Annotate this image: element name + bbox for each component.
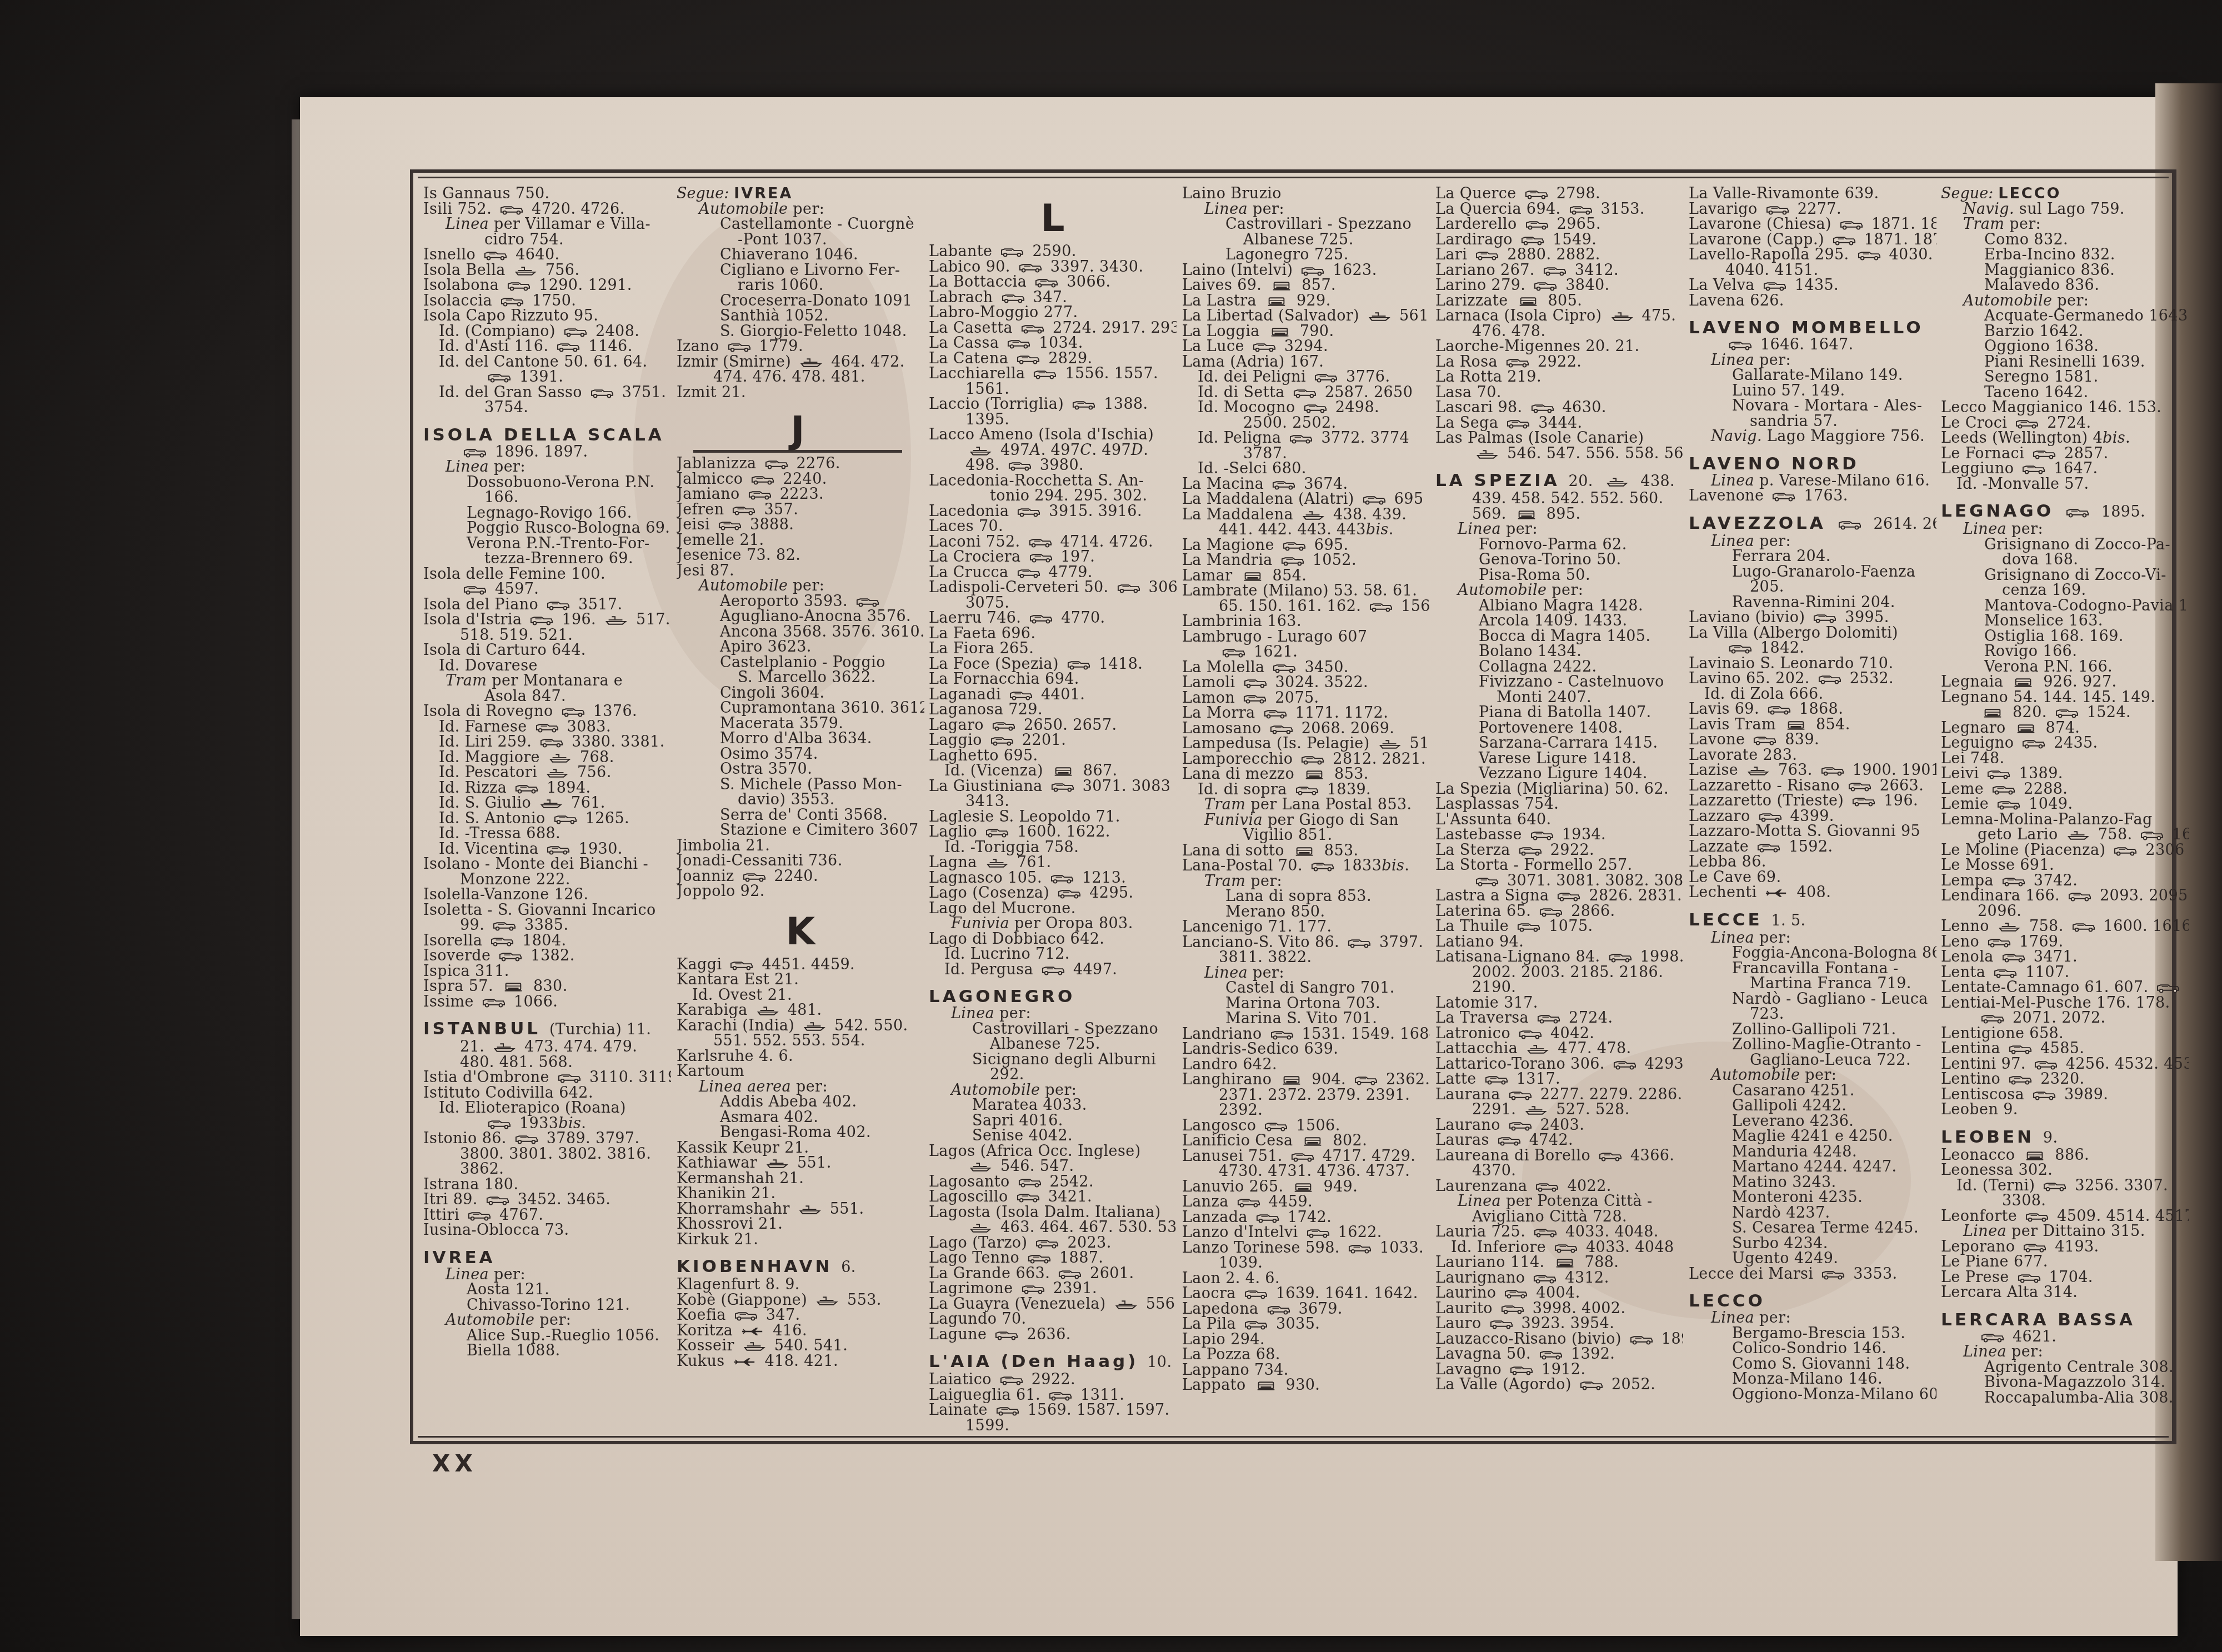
index-entry: Lana di sotto 853.: [1182, 843, 1430, 859]
bus-icon: [992, 719, 1015, 729]
bus-icon: [1813, 611, 1836, 621]
index-entry: Lentini 97. 4256. 4532. 4534.: [1941, 1057, 2189, 1072]
heading-suffix: 2614. 2626: [1873, 515, 1936, 533]
destination-line: Piana di Batolla 1407.: [1435, 705, 1683, 720]
tram-icon: [1292, 1180, 1315, 1190]
index-entry: Lamar 854.: [1182, 568, 1430, 584]
destination-line: Bengasi-Roma 402.: [677, 1125, 924, 1140]
destination-line: Mantova-Codogno-Pavia 168.: [1941, 598, 2189, 614]
tram-icon: [1265, 294, 1288, 304]
bus-icon: [2068, 889, 2091, 899]
destination-line: Apiro 3623.: [677, 639, 924, 655]
index-entry: Lavorate 283.: [1689, 748, 1936, 763]
tram-icon: [502, 980, 525, 990]
continuation-line: 498. 3980.: [929, 458, 1177, 473]
bus-icon: [1314, 371, 1338, 381]
index-entry: Lacchiarella 1556. 1557.: [929, 366, 1177, 382]
index-entry: Isoletta - S. Giovanni Incarico: [423, 903, 671, 918]
index-subentry: Id. Pergusa 4497.: [929, 962, 1177, 978]
bus-icon: [748, 488, 772, 498]
ship-icon: [756, 1004, 779, 1014]
bus-icon: [1029, 550, 1053, 560]
bus-icon: [1050, 872, 1074, 882]
index-entry: Lavarone (Capp.) 1871. 1877.: [1689, 232, 1936, 248]
index-entry: Laconi 752. 4714. 4726.: [929, 534, 1177, 550]
continuation-line: 4621.: [1941, 1329, 2189, 1345]
destination-line: Monza-Milano 146.: [1689, 1371, 1936, 1387]
tram-icon: [1293, 844, 1316, 854]
bus-icon: [1630, 1333, 1653, 1343]
index-entry: Laives 69. 857.: [1182, 278, 1430, 293]
continuation-line: Asola 847.: [423, 689, 671, 704]
bus-icon: [482, 995, 506, 1005]
destination-line: Cupramontana 3610. 3612: [677, 700, 924, 716]
index-entry: La Thuile 1075.: [1435, 919, 1683, 934]
index-entry: Lagnasco 105. 1213.: [929, 870, 1177, 886]
italic-label: Linea: [1963, 520, 2006, 538]
index-subentry: Id. (Terni) 3256. 3307.: [1941, 1178, 2189, 1194]
index-entry: Kosseir 540. 541.: [677, 1338, 924, 1354]
transport-lead: Linea per:: [1941, 522, 2189, 537]
plane-icon: [1765, 886, 1788, 896]
index-entry: Lancenigo 71. 177.: [1182, 919, 1430, 935]
destination-line: Seregno 1581.: [1941, 369, 2189, 385]
transport-lead: Linea per:: [1182, 202, 1430, 217]
index-entry: Laon 2. 4. 6.: [1182, 1271, 1430, 1286]
tram-icon: [1052, 764, 1075, 774]
bus-icon: [1504, 1286, 1528, 1296]
destination-line: Castellamonte - Cuorgnè: [677, 217, 924, 232]
bus-icon: [1293, 386, 1317, 396]
bus-icon: [1519, 1027, 1542, 1037]
bus-icon: [1539, 1348, 1563, 1358]
index-entry: Isolano - Monte dei Bianchi -: [423, 857, 671, 872]
italic-label: Tram: [446, 672, 487, 689]
index-entry: Kathiawar 551.: [677, 1155, 924, 1171]
italic-label: Linea: [1711, 472, 1754, 489]
destination-line: S. Giorgio-Feletto 1048.: [677, 324, 924, 339]
transport-lead: Linea per:: [1689, 1310, 1936, 1326]
bus-icon: [1295, 783, 1319, 793]
bus-icon: [1311, 859, 1334, 869]
index-entry: La Spezia (Migliarina) 50. 62.: [1435, 782, 1683, 797]
tram-icon: [2023, 1149, 2046, 1159]
index-entry: La Traversa 2724.: [1435, 1010, 1683, 1026]
destination-line: Morro d'Alba 3634.: [677, 731, 924, 747]
transport-lead: Linea per:: [1182, 965, 1430, 981]
italic-label: Linea: [446, 216, 489, 233]
index-entry: Jonadi-Cessaniti 736.: [677, 853, 924, 869]
continuation-line: 1842.: [1689, 640, 1936, 656]
bus-icon: [590, 386, 614, 396]
tram-icon: [1268, 325, 1292, 335]
index-entry: Lazise 763. 1900. 1901.: [1689, 763, 1936, 778]
bus-icon: [2009, 1042, 2032, 1052]
bus-icon: [1506, 356, 1529, 366]
continuation-line: 1646. 1647.: [1689, 337, 1936, 353]
index-entry: Ladispoli-Cerveteri 50. 3066: [929, 580, 1177, 595]
destination-line: Foggia-Ancona-Bologna 86.: [1689, 945, 1936, 961]
continuation-line: 2096.: [1941, 904, 2189, 919]
section-letter: K: [677, 910, 924, 954]
ship-icon: [803, 1019, 826, 1029]
index-entry: Laglesie S. Leopoldo 71.: [929, 809, 1177, 825]
index-entry: Laurano 2403.: [1435, 1118, 1683, 1133]
index-entry: Leggiuno 1647.: [1941, 461, 2189, 477]
destination-line: Aosta 121.: [423, 1282, 671, 1298]
bus-icon: [1753, 733, 1776, 743]
italic-label: Navig.: [1963, 201, 2014, 218]
index-entry: Laurito 3998. 4002.: [1435, 1301, 1683, 1316]
index-entry: Lanuvio 265. 949.: [1182, 1179, 1430, 1195]
index-entry: Lagos (Africa Occ. Inglese): [929, 1144, 1177, 1159]
index-entry: Langhirano 904. 2362.: [1182, 1072, 1430, 1088]
index-entry: Lavino 65. 202. 2532.: [1689, 671, 1936, 687]
ship-icon: [969, 1160, 992, 1170]
ship-icon: [1526, 1042, 1549, 1052]
transport-lead: Linea p. Varese-Milano 616.: [1689, 473, 1936, 489]
index-entry: Lavello-Rapolla 295. 4030.: [1689, 247, 1936, 263]
index-entry: La Fiora 265.: [929, 641, 1177, 657]
destination-line: Matino 3243.: [1689, 1175, 1936, 1190]
index-entry: Lasa 70.: [1435, 385, 1683, 401]
index-subentry: Id. Farnese 3083.: [423, 719, 671, 735]
index-entry: Lanzo d'Intelvi 1622.: [1182, 1225, 1430, 1240]
index-subentry: Id. del Gran Sasso 3751.: [423, 385, 671, 401]
bus-icon: [564, 325, 587, 335]
bus-icon: [1525, 218, 1549, 228]
index-entry: La Fornacchia 694.: [929, 672, 1177, 687]
bus-icon: [484, 248, 507, 258]
destination-line: Albiano Magra 1428.: [1435, 598, 1683, 614]
index-entry: Lazzate 1592.: [1689, 839, 1936, 855]
index-entry: Jefren 357.: [677, 502, 924, 518]
italic-label: Linea: [446, 458, 489, 475]
continuation-line: 441. 442. 443. 443bis.: [1182, 522, 1430, 538]
destination-line: Castel di Sangro 701.: [1182, 980, 1430, 996]
index-entry: Larizzate 805.: [1435, 293, 1683, 309]
tram-icon: [1301, 1134, 1324, 1144]
tram-icon: [1553, 1256, 1577, 1266]
italic-label: Automobile: [1963, 292, 2052, 309]
destination-line: Alice Sup.-Rueglio 1056.: [423, 1328, 671, 1344]
destination-line: S. Cesarea Terme 4245.: [1689, 1220, 1936, 1236]
destination-line: Lugo-Granarolo-Faenza: [1689, 564, 1936, 580]
index-entry: La Villa (Albergo Dolomiti): [1689, 625, 1936, 641]
italic-label: Navig.: [1711, 428, 1762, 445]
index-entry: Isola di Rovegno 1376.: [423, 704, 671, 719]
bus-icon: [540, 735, 563, 745]
bus-icon: [486, 1193, 509, 1203]
bus-icon: [1058, 887, 1081, 897]
bus-icon: [1253, 340, 1276, 350]
destination-line: Martano 4244. 4247.: [1689, 1159, 1936, 1175]
bus-icon: [1017, 352, 1040, 362]
index-subentry: Id. di sopra 1839.: [1182, 782, 1430, 798]
index-entry: Lavagna 50. 1392.: [1435, 1346, 1683, 1362]
bus-icon: [562, 705, 585, 715]
italic-label: Funivia: [951, 915, 1009, 932]
index-entry: Lattacchia 477. 478.: [1435, 1041, 1683, 1057]
destination-line: Bolano 1434.: [1435, 644, 1683, 659]
index-entry: Lama (Adria) 167.: [1182, 354, 1430, 370]
destination-line: Lagonegro 725.: [1182, 247, 1430, 263]
destination-line: Francavilla Fontana -: [1689, 961, 1936, 977]
bus-icon: [1291, 1150, 1314, 1160]
index-entry: Lagundo 70.: [929, 1311, 1177, 1327]
index-entry: Lamon 2075.: [1182, 690, 1430, 706]
bus-icon: [1369, 600, 1393, 610]
transport-lead: Funivia per Giogo di San: [1182, 813, 1430, 828]
index-entry: La Velva 1435.: [1689, 278, 1936, 293]
index-entry: Lentigione 658.: [1941, 1026, 2189, 1042]
index-entry: La Lastra 929.: [1182, 293, 1430, 309]
index-entry: Laviano (bivio) 3995.: [1689, 610, 1936, 625]
index-entry: Lagaro 2650. 2657.: [929, 718, 1177, 733]
continuation-line: 292.: [929, 1067, 1177, 1083]
italic-label: Linea: [1458, 520, 1501, 538]
bus-icon: [1281, 554, 1304, 564]
italic-label: Automobile: [1458, 582, 1547, 599]
bus-icon: [1008, 459, 1032, 469]
bus-icon: [2022, 737, 2045, 747]
city-heading: L'AIA (Den Haag) 10.: [929, 1352, 1177, 1372]
index-subentry: Id. del Cantone 50. 61. 64.: [423, 354, 671, 370]
city-heading: ISOLA DELLA SCALA: [423, 425, 671, 444]
index-entry: Issime 1066.: [423, 994, 671, 1010]
italic-label: Linea: [1711, 352, 1754, 369]
bus-icon: [1475, 874, 1499, 884]
index-entry: Le Fornaci 2857.: [1941, 446, 2189, 462]
index-entry: La Catena 2829.: [929, 351, 1177, 367]
index-entry: La Valle (Agordo) 2052.: [1435, 1377, 1683, 1393]
bus-icon: [2025, 1210, 2049, 1220]
city-heading: LAGONEGRO: [929, 987, 1177, 1006]
index-entry: La Faeta 696.: [929, 626, 1177, 642]
continuation-line: dova 168.: [1941, 552, 2189, 568]
bus-icon: [1237, 1195, 1260, 1205]
bus-icon: [1018, 1175, 1042, 1185]
italic-label: Linea: [1711, 1309, 1754, 1326]
bus-icon: [1007, 337, 1030, 347]
destination-line: Manduria 4248.: [1689, 1144, 1936, 1160]
destination-line: Oggiono-Monza-Milano 606.: [1689, 1387, 1936, 1403]
italic-label: Linea aerea: [699, 1078, 791, 1095]
italic-label: Tram: [1963, 216, 2004, 233]
index-entry: Lagoscillo 3421.: [929, 1189, 1177, 1205]
ship-icon: [743, 1339, 766, 1349]
destination-line: Vezzano Ligure 1404.: [1435, 766, 1683, 782]
section-letter: L: [929, 197, 1177, 241]
index-entry: Lentino 2320.: [1941, 1072, 2189, 1087]
index-entry: Lanzo Torinese 598. 1033.: [1182, 1240, 1430, 1256]
index-entry: Laces 70.: [929, 519, 1177, 534]
bus-icon: [1517, 920, 1540, 930]
index-entry: Laggio 2201.: [929, 733, 1177, 748]
index-entry: Lariano 267. 3412.: [1435, 263, 1683, 278]
destination-line: Biella 1088.: [423, 1343, 671, 1359]
index-entry: Le Mosse 691.: [1941, 858, 2189, 873]
index-entry: La Casetta 2724. 2917. 2930.: [929, 321, 1177, 336]
index-entry: Laiatico 2922.: [929, 1372, 1177, 1388]
bus-icon: [2066, 503, 2089, 513]
bus-icon: [1525, 187, 1548, 197]
index-entry: Kukus 418. 421.: [677, 1354, 924, 1369]
bus-icon: [1997, 798, 2020, 808]
destination-line: Maratea 4033.: [929, 1098, 1177, 1113]
bus-icon: [1833, 233, 1856, 243]
index-entry: Laino Bruzio: [1182, 186, 1430, 202]
continuation-line: 2500. 2502.: [1182, 415, 1430, 431]
index-entry: La Guayra (Venezuela) 556: [929, 1296, 1177, 1312]
destination-line: Senise 4042.: [929, 1128, 1177, 1144]
index-entry: Laccio (Torriglia) 1388.: [929, 397, 1177, 412]
destination-line: Genova-Torino 50.: [1435, 552, 1683, 568]
bus-icon: [515, 782, 538, 792]
index-entry: Lemie 1049.: [1941, 797, 2189, 812]
index-entry: Lavena 626.: [1689, 293, 1936, 309]
index-entry: La Sterza 2922.: [1435, 843, 1683, 858]
continuation-line: 205.: [1689, 579, 1936, 595]
ship-icon: [969, 444, 992, 454]
city-heading: KIOBENHAVN 6.: [677, 1257, 924, 1277]
italic-label: Automobile: [699, 201, 788, 218]
index-entry: Lampedusa (Is. Pelagie) 510.: [1182, 736, 1430, 752]
transport-lead: Linea aerea per:: [677, 1079, 924, 1095]
heading-suffix: 6.: [841, 1259, 856, 1276]
bus-icon: [1838, 515, 1861, 525]
continuation-line: 1621.: [1182, 644, 1430, 660]
bus-icon: [1766, 203, 1789, 213]
index-entry: La Rotta 219.: [1435, 369, 1683, 385]
destination-line: Maggianico 836.: [1941, 263, 2189, 278]
index-column-4: Laino BruzioLinea per:Castrovillari - Sp…: [1182, 186, 1430, 1436]
continuation-line: tezza-Brennero 69.: [423, 551, 671, 567]
bus-icon: [1531, 401, 1554, 411]
index-entry: Latisana-Lignano 84. 1998.: [1435, 949, 1683, 965]
continuation-line: 820. 1524.: [1941, 705, 2189, 720]
destination-line: Nardò - Gagliano - Leuca: [1689, 992, 1936, 1007]
bus-icon: [2018, 1271, 2041, 1281]
index-entry: Legnaia 926. 927.: [1941, 674, 2189, 690]
bus-icon: [1580, 1378, 1603, 1388]
index-entry: La Pozza 68.: [1182, 1347, 1430, 1363]
index-entry: Laterina 65. 2866.: [1435, 904, 1683, 919]
bus-icon: [995, 1328, 1018, 1338]
index-column-2: Segue: IVREAAutomobile per:Castellamonte…: [677, 186, 924, 1436]
bus-icon: [996, 1404, 1019, 1414]
continuation-line: Monti 2407.: [1435, 690, 1683, 705]
index-entry: Lamosano 2068. 2069.: [1182, 721, 1430, 737]
index-entry: Lapedona 3679.: [1182, 1301, 1430, 1317]
transport-lead: Linea per:: [423, 1267, 671, 1283]
continuation-line: 4597.: [423, 582, 671, 597]
index-entry: Lechenti 408.: [1689, 885, 1936, 900]
bus-icon: [1988, 935, 2011, 945]
index-entry: Laigueglia 61. 1311.: [929, 1388, 1177, 1403]
index-entry: Lentiscosa 3989.: [1941, 1087, 2189, 1103]
bus-icon: [2114, 844, 2137, 854]
index-entry: Laurana 2277. 2279. 2286.: [1435, 1087, 1683, 1103]
index-entry: Izmir (Smirne) 464. 472.: [677, 354, 924, 370]
index-entry: Laurino 4004.: [1435, 1285, 1683, 1301]
heading-suffix: 20.: [1569, 473, 1593, 490]
destination-line: Aeroporto 3593.: [677, 594, 924, 609]
continuation-line: 99. 3385.: [423, 918, 671, 933]
bus-icon: [732, 503, 755, 513]
bus-icon: [1243, 692, 1267, 702]
index-entry: La Rosa 2922.: [1435, 354, 1683, 370]
continuation-line: 2002. 2003. 2185. 2186.: [1435, 965, 1683, 980]
index-entry: Leivi 1389.: [1941, 766, 2189, 782]
index-entry: Lercara Alta 314.: [1941, 1285, 2189, 1300]
city-heading: LAVENO MOMBELLO: [1689, 318, 1936, 337]
index-entry: Langosco 1506.: [1182, 1118, 1430, 1134]
continuation-line: 463. 464. 467. 530. 531: [929, 1220, 1177, 1235]
italic-label: Automobile: [1711, 1067, 1800, 1084]
index-entry: Karabiga 481.: [677, 1003, 924, 1018]
index-entry: Leonessa 302.: [1941, 1163, 2189, 1178]
index-entry: Lardirago 1549.: [1435, 232, 1683, 248]
index-entry: Lagrimone 2391.: [929, 1281, 1177, 1296]
index-entry: Joppolo 92.: [677, 884, 924, 899]
destination-line: Piani Resinelli 1639.: [1941, 354, 2189, 370]
destination-line: Addis Abeba 402.: [677, 1094, 924, 1110]
index-entry: La Cassa 1034.: [929, 336, 1177, 351]
ship-icon: [765, 1157, 789, 1167]
index-entry: Jemelle 21.: [677, 533, 924, 548]
transport-lead: Linea per:: [1689, 353, 1936, 368]
index-entry: Jesenice 73. 82.: [677, 548, 924, 563]
destination-line: Bivona-Magazzolo 314.: [1941, 1375, 2189, 1390]
bus-icon: [1509, 1119, 1532, 1129]
index-entry: Lago (Cosenza) 4295.: [929, 885, 1177, 901]
index-entry: Khanikin 21.: [677, 1186, 924, 1202]
destination-line: Ugento 4249.: [1689, 1251, 1936, 1266]
destination-line: Pisa-Roma 50.: [1435, 568, 1683, 583]
index-entry: Lambrate (Milano) 53. 58. 61.: [1182, 583, 1430, 599]
index-entry: Lanzada 1742.: [1182, 1210, 1430, 1225]
bus-icon: [1981, 1012, 2004, 1022]
index-entry: Lascari 98. 4630.: [1435, 400, 1683, 415]
city-heading: LAVEZZOLA 2614. 2626: [1689, 514, 1936, 534]
bus-icon: [1858, 248, 1881, 258]
index-entry: Jalmicco 2240.: [677, 472, 924, 487]
bus-icon: [1017, 566, 1040, 576]
bus-icon: [734, 1309, 758, 1319]
bus-icon: [1485, 1073, 1508, 1083]
bus-icon: [1510, 1363, 1533, 1373]
destination-line: Collagna 2422.: [1435, 659, 1683, 675]
heading-suffix: (Turchia) 11.: [549, 1021, 651, 1038]
bus-icon: [1035, 1237, 1059, 1246]
transport-lead: Linea per Dittaino 315.: [1941, 1224, 2189, 1239]
bus-icon: [1029, 612, 1053, 622]
transport-lead: Linea per:: [1689, 930, 1936, 946]
bus-icon: [1848, 779, 1871, 789]
bus-icon: [547, 843, 570, 853]
index-entry: Leonforte 4509. 4514. 4517.: [1941, 1209, 2189, 1224]
destination-line: Erba-Incino 832.: [1941, 247, 2189, 263]
destination-line: Dossobuono-Verona P.N.: [423, 475, 671, 490]
index-entry: Leguigno 2435.: [1941, 735, 2189, 751]
bus-icon: [1348, 936, 1371, 946]
bus-icon: [743, 870, 766, 880]
index-entry: Karlsruhe 4. 6.: [677, 1049, 924, 1064]
bus-icon: [1256, 1211, 1279, 1221]
continuation-line: 480. 481. 568.: [423, 1055, 671, 1070]
index-entry: Koritza 416.: [677, 1323, 924, 1339]
